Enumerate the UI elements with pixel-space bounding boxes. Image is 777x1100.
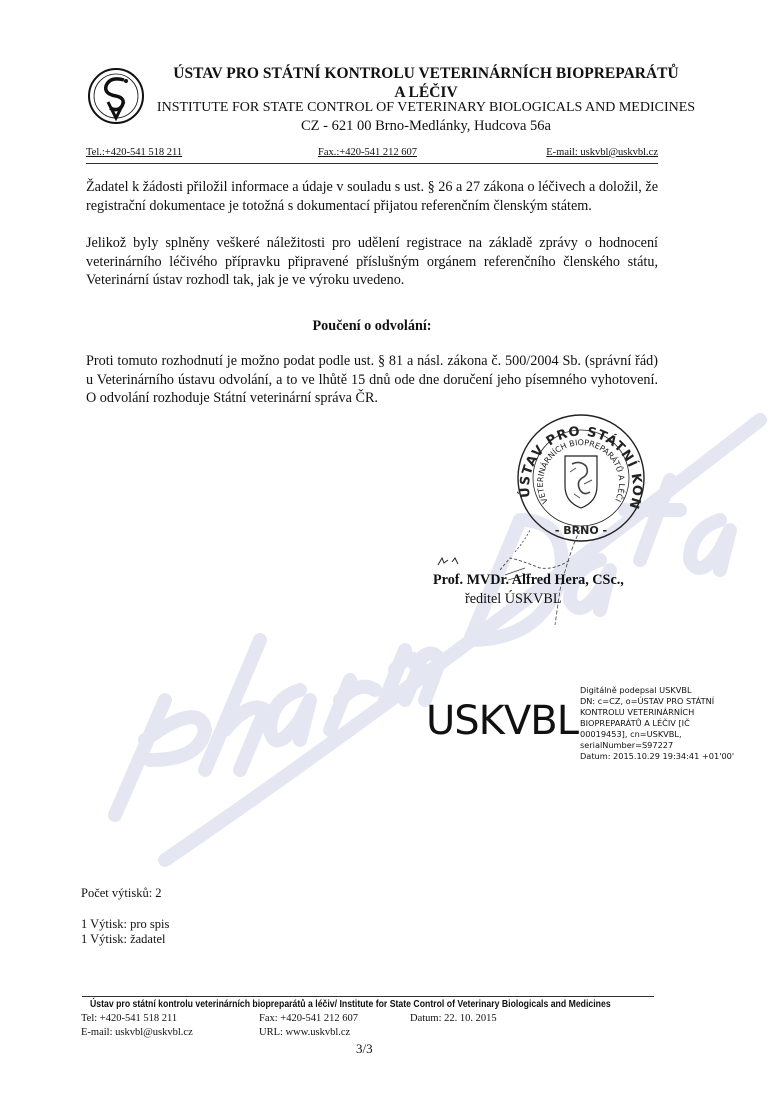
address: CZ - 621 00 Brno-Medlánky, Hudcova 56a: [146, 117, 706, 135]
footer-institute: Ústav pro státní kontrolu veterinárních …: [90, 999, 611, 1010]
footer-email[interactable]: E-mail: uskvbl@uskvbl.cz: [81, 1026, 193, 1039]
digital-signature-details: Digitálně podepsal USKVBL DN: c=CZ, o=ÚS…: [580, 685, 740, 762]
footer-url[interactable]: URL: www.uskvbl.cz: [259, 1026, 350, 1039]
paragraph-2: Jelikož byly splněny veškeré náležitosti…: [86, 234, 658, 290]
page-number: 3/3: [356, 1041, 373, 1057]
contact-row: Tel.:+420-541 518 211 Fax.:+420-541 212 …: [86, 147, 658, 164]
dsig-line: Digitálně podepsal USKVBL: [580, 685, 740, 696]
dsig-line: serialNumber=S97227: [580, 740, 740, 751]
dsig-line: DN: c=CZ, o=ÚSTAV PRO STÁTNÍ: [580, 696, 740, 707]
email-link[interactable]: E-mail: uskvbl@uskvbl.cz: [546, 147, 658, 158]
title-line-1: ÚSTAV PRO STÁTNÍ KONTROLU VETERINÁRNÍCH …: [146, 64, 706, 83]
digital-signature-label: USKVBL: [426, 697, 578, 745]
dsig-line: BIOPREPARÁTŮ A LÉČIV [IČ: [580, 718, 740, 729]
fax: Fax.:+420-541 212 607: [318, 147, 417, 158]
copy-item: 1 Výtisk: pro spis: [81, 917, 169, 932]
copies-count: Počet výtisků: 2: [81, 886, 162, 901]
signatory-name: Prof. MVDr. Alfred Hera, CSc.,: [433, 572, 624, 589]
subtitle-english: INSTITUTE FOR STATE CONTROL OF VETERINAR…: [146, 99, 706, 117]
tel: Tel.:+420-541 518 211: [86, 147, 182, 158]
signatory-role: ředitel ÚSKVBL: [465, 591, 562, 608]
footer-tel: Tel: +420-541 518 211: [81, 1012, 177, 1025]
dsig-line: KONTROLU VETERINÁRNÍCH: [580, 707, 740, 718]
official-stamp-icon: ÚSTAV PRO STÁTNÍ KONTROLU VETERINÁRNÍCH …: [510, 410, 650, 545]
institute-subtitle: INSTITUTE FOR STATE CONTROL OF VETERINAR…: [146, 99, 706, 135]
dsig-line: 00019453], cn=USKVBL,: [580, 729, 740, 740]
paragraph-1: Žadatel k žádosti přiložil informace a ú…: [86, 178, 658, 215]
appeal-heading: Poučení o odvolání:: [86, 318, 658, 335]
institute-title: ÚSTAV PRO STÁTNÍ KONTROLU VETERINÁRNÍCH …: [146, 64, 706, 102]
dsig-line: Datum: 2015.10.29 19:34:41 +01'00': [580, 751, 740, 762]
appeal-text: Proti tomuto rozhodnutí je možno podat p…: [86, 352, 658, 408]
copy-item: 1 Výtisk: žadatel: [81, 932, 165, 947]
footer-date: Datum: 22. 10. 2015: [410, 1012, 497, 1025]
footer-fax: Fax: +420-541 212 607: [259, 1012, 358, 1025]
institute-logo-icon: [86, 64, 146, 128]
footer-divider: [82, 996, 654, 997]
